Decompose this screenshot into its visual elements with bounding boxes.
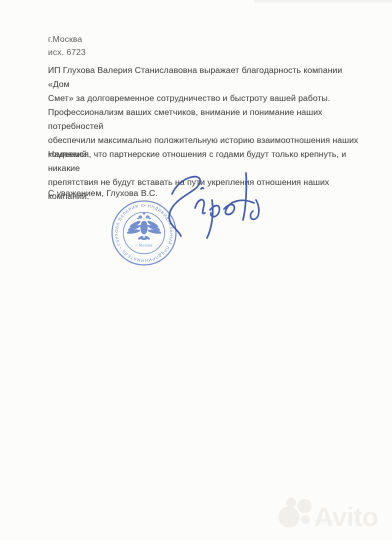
letter-line: Смет» за долговременное сотрудничество и… <box>48 91 360 105</box>
avito-watermark-text: Avito <box>314 502 378 532</box>
letter-line: ИП Глухова Валерия Станиславовна выражае… <box>48 63 360 91</box>
letter-ref-number: исх. 6723 <box>48 47 86 57</box>
scanned-letter-page: г.Москва исх. 6723 ИП Глухова Валерия Ст… <box>0 0 392 540</box>
avito-watermark: Avito <box>270 494 388 536</box>
letter-line: Профессионализм ваших сметчиков, внимани… <box>48 105 360 133</box>
scan-artifact <box>254 0 392 4</box>
letter-signoff: С уважением, Глухова В.С. <box>48 188 158 198</box>
handwritten-signature <box>150 166 270 248</box>
letter-city: г.Москва <box>48 34 82 44</box>
avito-logo-icon <box>279 498 312 528</box>
letter-line: обеспечили максимально положительную ист… <box>48 133 360 147</box>
